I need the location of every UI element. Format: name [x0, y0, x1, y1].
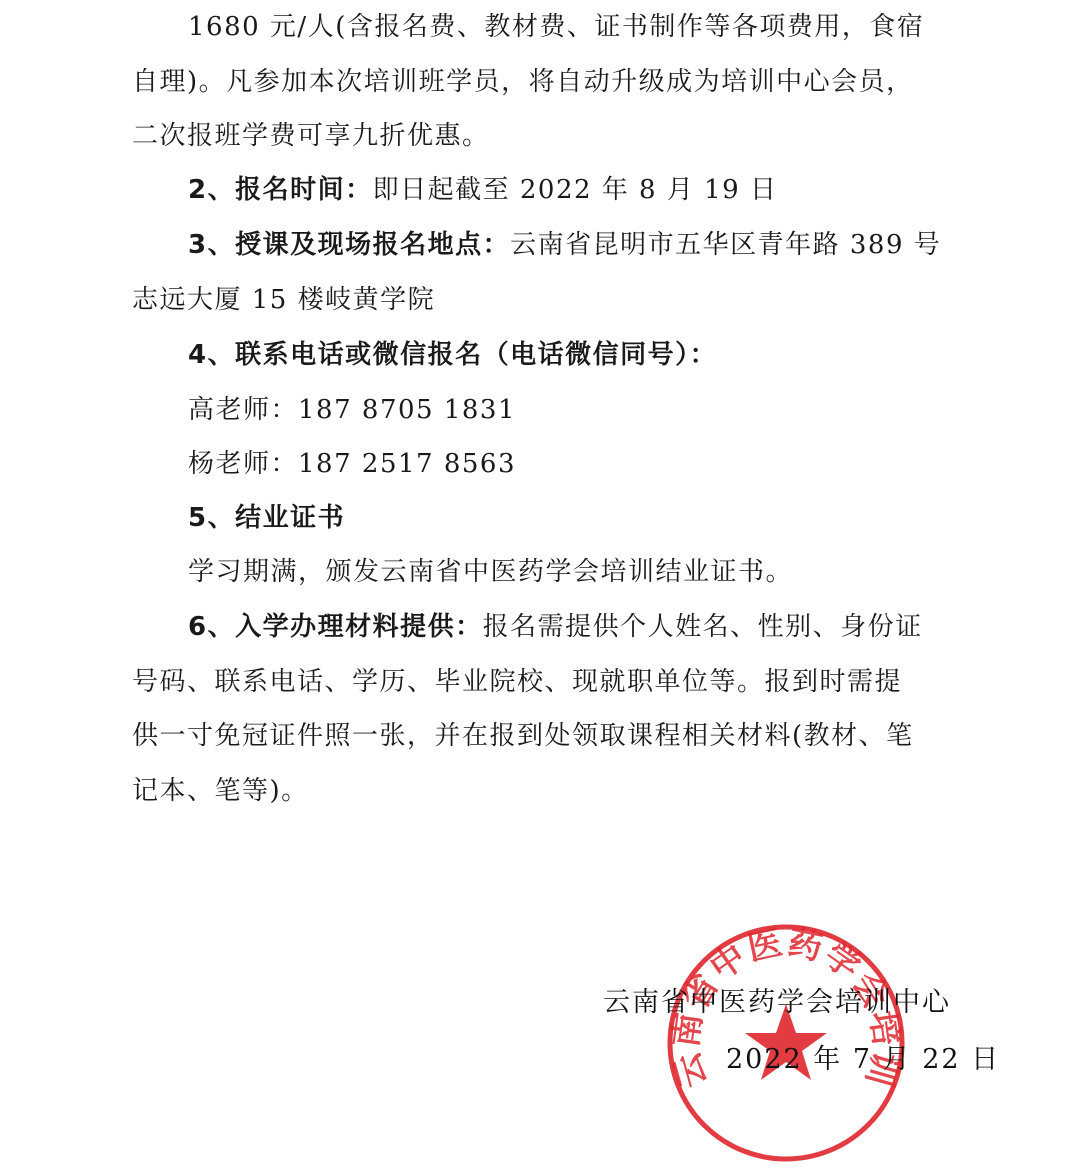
- contact-name: 高老师：: [188, 395, 298, 425]
- location-label: 3、授课及现场报名地点：: [188, 230, 510, 260]
- location-continuation: 志远大厦 15 楼岐黄学院: [132, 285, 435, 315]
- materials: 6、入学办理材料提供：报名需提供个人姓名、性别、身份证: [188, 612, 923, 642]
- contact-phone: 187 8705 1831: [298, 395, 516, 425]
- signature-date: 2022 年 7 月 22 日: [726, 1045, 1000, 1075]
- materials-label: 6、入学办理材料提供：: [188, 612, 483, 642]
- contact-heading: 4、联系电话或微信报名（电话微信同号）：: [188, 340, 717, 370]
- fee-line-1: 1680 元/人(含报名费、教材费、证书制作等各项费用，食宿: [188, 12, 924, 42]
- materials-line-4: 记本、笔等)。: [132, 776, 309, 806]
- registration-time-value: 即日起截至 2022 年 8 月 19 日: [373, 175, 778, 205]
- signature-organization: 云南省中医药学会培训中心: [603, 988, 951, 1018]
- location: 3、授课及现场报名地点：云南省昆明市五华区青年路 389 号: [188, 230, 941, 260]
- fee-line-3: 二次报班学费可享九折优惠。: [132, 121, 490, 151]
- materials-line-2: 号码、联系电话、学历、毕业院校、现就职单位等。报到时需提: [132, 667, 902, 697]
- official-seal-stamp: 云南省中医药学会培训: [665, 922, 907, 1164]
- fee-line-2: 自理)。凡参加本次培训班学员，将自动升级成为培训中心会员，: [132, 67, 914, 97]
- certificate-text: 学习期满，颁发云南省中医药学会培训结业证书。: [188, 557, 793, 587]
- materials-value: 报名需提供个人姓名、性别、身份证: [483, 612, 923, 642]
- materials-line-3: 供一寸免冠证件照一张，并在报到处领取课程相关材料(教材、笔: [132, 721, 914, 751]
- contact-phone: 187 2517 8563: [298, 449, 516, 479]
- contact-gao: 高老师：187 8705 1831: [188, 395, 516, 425]
- contact-yang: 杨老师：187 2517 8563: [188, 449, 516, 479]
- registration-time-label: 2、报名时间：: [188, 175, 373, 205]
- location-value: 云南省昆明市五华区青年路 389 号: [510, 230, 941, 260]
- registration-time: 2、报名时间：即日起截至 2022 年 8 月 19 日: [188, 175, 777, 205]
- certificate-heading: 5、结业证书: [188, 503, 345, 533]
- contact-name: 杨老师：: [188, 449, 298, 479]
